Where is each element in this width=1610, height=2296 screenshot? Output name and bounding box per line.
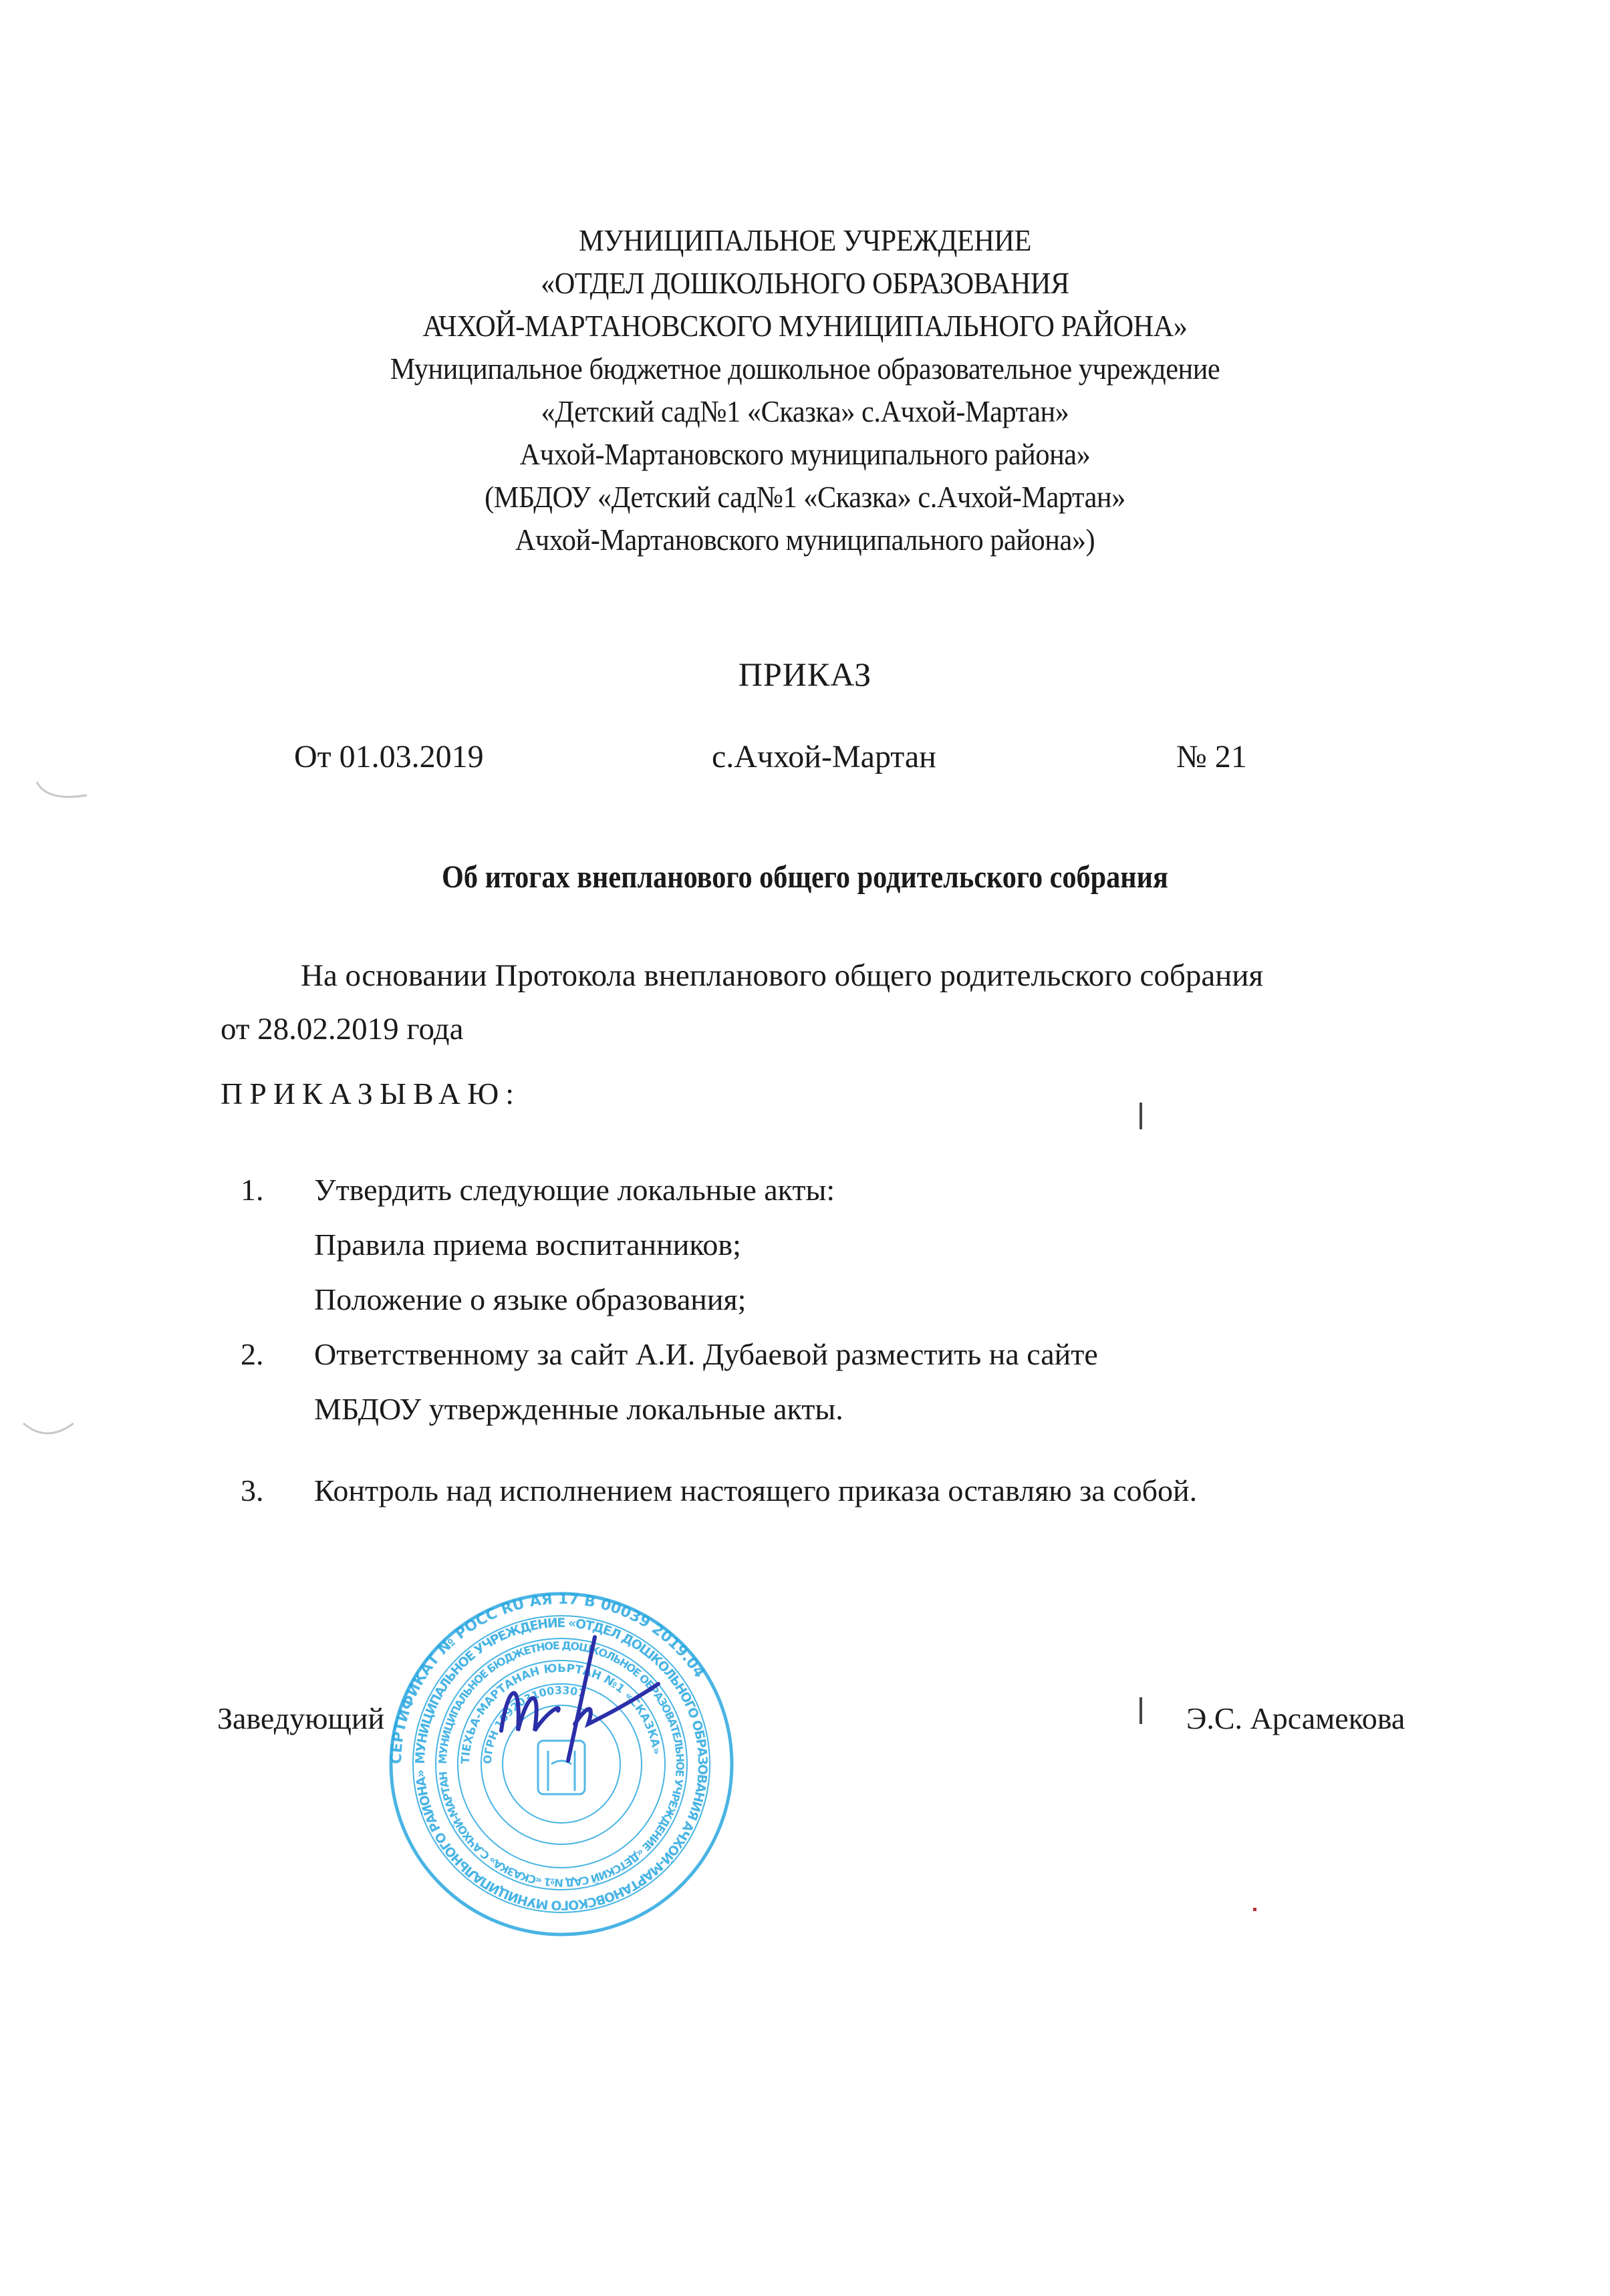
basis-paragraph: На основании Протокола внепланового обще… <box>221 949 1524 1056</box>
item-number: 3. <box>241 1463 287 1518</box>
signatory-position: Заведующий <box>217 1701 384 1736</box>
order-title: ПРИКАЗ <box>0 655 1610 694</box>
header-line: Ачхой-Мартановского муниципального район… <box>64 434 1545 474</box>
order-date: От 01.03.2019 <box>294 738 484 775</box>
header-line: Ачхой-Мартановского муниципального район… <box>64 520 1545 560</box>
item-text: Положение о языке образования; <box>314 1272 746 1327</box>
item-text: Контроль над исполнением настоящего прик… <box>314 1463 1197 1518</box>
header-line: Муниципальное бюджетное дошкольное образ… <box>64 349 1545 389</box>
signatory-name: Э.С. Арсамекова <box>1186 1701 1405 1736</box>
basis-line: На основании Протокола внепланового обще… <box>221 949 1524 1002</box>
order-directive: ПРИКАЗЫВАЮ: <box>221 1076 521 1111</box>
item-number: 2. <box>241 1327 287 1382</box>
item-text: МБДОУ утвержденные локальные акты. <box>314 1382 843 1437</box>
scan-hole-mark-icon <box>33 775 94 809</box>
document-page: МУНИЦИПАЛЬНОЕ УЧРЕЖДЕНИЕ «ОТДЕЛ ДОШКОЛЬН… <box>0 0 1610 2296</box>
order-subject: Об итогах внепланового общего родительск… <box>96 859 1513 895</box>
item-text: Ответственному за сайт А.И. Дубаевой раз… <box>314 1327 1098 1382</box>
header-line: «Детский сад№1 «Сказка» с.Ачхой-Мартан» <box>64 392 1545 432</box>
handwritten-signature-icon <box>495 1630 668 1764</box>
order-number: № 21 <box>1176 738 1247 775</box>
header-line: (МБДОУ «Детский сад№1 «Сказка» с.Ачхой-М… <box>64 477 1545 517</box>
header-line: АЧХОЙ-МАРТАНОВСКОГО МУНИЦИПАЛЬНОГО РАЙОН… <box>64 306 1545 346</box>
item-number: 1. <box>241 1163 287 1217</box>
scan-hole-mark-icon <box>20 1410 80 1443</box>
scan-speck <box>1253 1908 1256 1911</box>
item-text: Правила приема воспитанников; <box>314 1217 741 1272</box>
item-text: Утвердить следующие локальные акты: <box>314 1163 835 1217</box>
order-place: с.Ачхой-Мартан <box>712 738 936 775</box>
header-line: «ОТДЕЛ ДОШКОЛЬНОГО ОБРАЗОВАНИЯ <box>64 263 1545 303</box>
scan-speck <box>1139 1103 1142 1129</box>
header-line: МУНИЦИПАЛЬНОЕ УЧРЕЖДЕНИЕ <box>64 221 1545 261</box>
basis-line: от 28.02.2019 года <box>221 1002 1524 1056</box>
scan-speck <box>1139 1697 1142 1724</box>
